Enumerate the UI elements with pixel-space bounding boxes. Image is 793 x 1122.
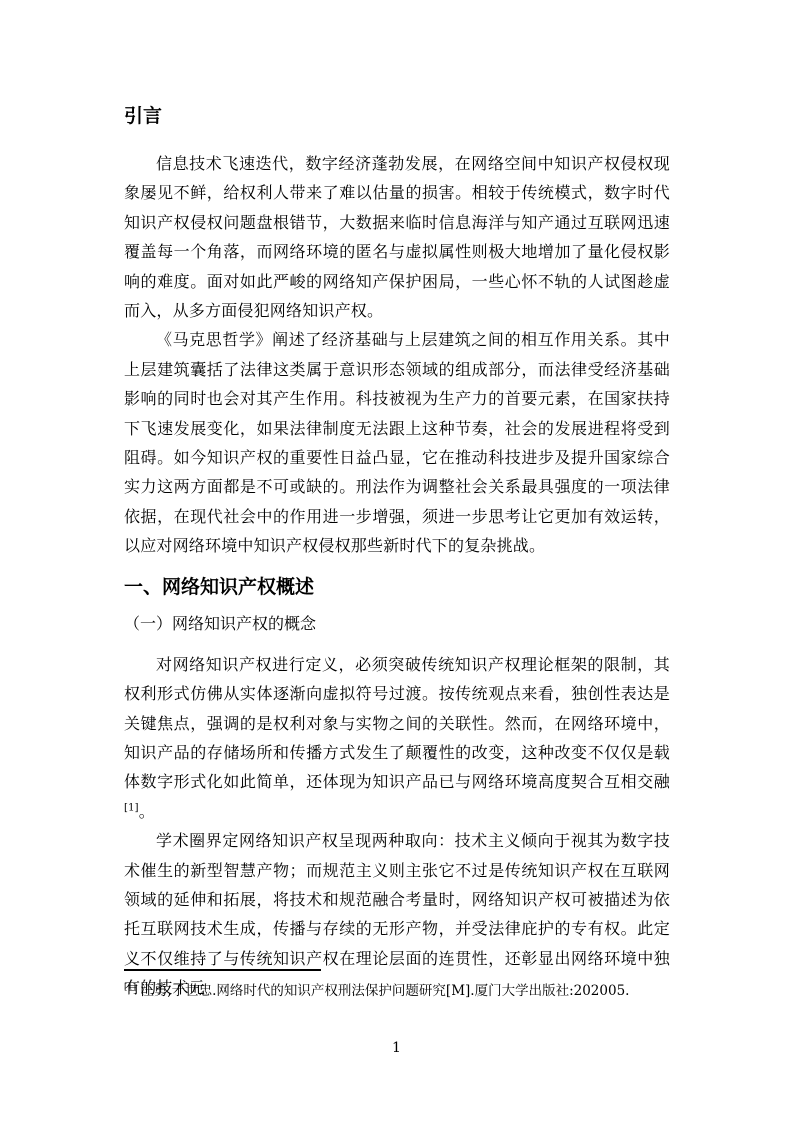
footnote-1-text: 汪勇,于世忠.网络时代的知识产权刑法保护问题研究[M].厦门大学出版社:2020…: [140, 983, 629, 999]
footnote-reference-1: [1]: [124, 802, 139, 813]
concept-paragraph-1-period: 。: [139, 802, 155, 821]
concept-paragraph-1-text: 对网络知识产权进行定义，必须突破传统知识产权理论框架的限制，其权利形式仿佛从实体…: [124, 655, 670, 792]
footnote-1-marker: [1]: [124, 983, 136, 993]
document-page: 引言 信息技术飞速迭代，数字经济蓬勃发展，在网络空间中知识产权侵权现象屡见不鲜，…: [0, 0, 793, 1122]
intro-heading: 引言: [124, 103, 670, 130]
concept-paragraph-1: 对网络知识产权进行定义，必须突破传统知识产权理论框架的限制，其权利形式仿佛从实体…: [124, 650, 670, 826]
intro-paragraph-1: 信息技术飞速迭代，数字经济蓬勃发展，在网络空间中知识产权侵权现象屡见不鲜，给权利…: [124, 149, 670, 325]
footnote-separator-line: [124, 969, 321, 971]
subsection-1-heading: （一）网络知识产权的概念: [124, 612, 670, 636]
page-number: 1: [0, 1038, 793, 1058]
section-1-heading: 一、网络知识产权概述: [124, 573, 670, 601]
footnote-1: [1] 汪勇,于世忠.网络时代的知识产权刑法保护问题研究[M].厦门大学出版社:…: [124, 978, 670, 1004]
footnote-area: [1] 汪勇,于世忠.网络时代的知识产权刑法保护问题研究[M].厦门大学出版社:…: [124, 969, 670, 1004]
intro-paragraph-2: 《马克思哲学》阐述了经济基础与上层建筑之间的相互作用关系。其中上层建筑囊括了法律…: [124, 325, 670, 560]
